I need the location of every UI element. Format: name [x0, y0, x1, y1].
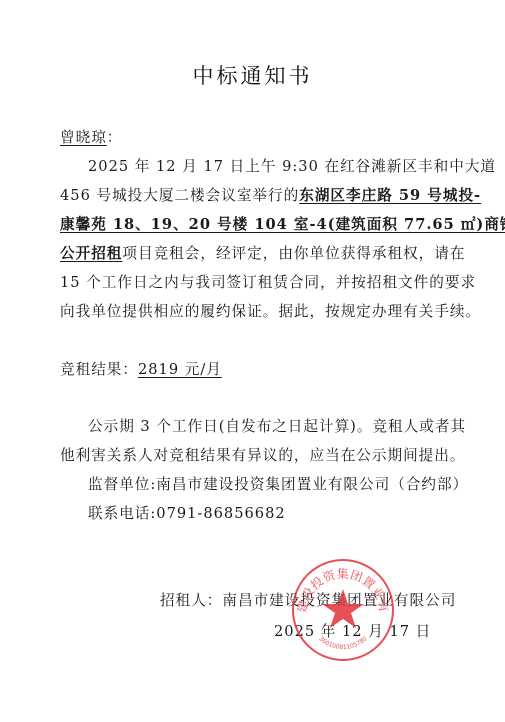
- result-label: 竞租结果：: [60, 361, 138, 378]
- phone-line: 联系电话:0791-86856682: [88, 502, 286, 523]
- body-line-2: 456 号城投大厦二楼会议室举行的东湖区李庄路 59 号城投-: [60, 184, 481, 205]
- company-seal: 南昌市建设投资集团置业有限公司 36010081105780: [290, 557, 396, 663]
- body-line-3: 康馨苑 18、19、20 号楼 104 室-4(建筑面积 77.65 ㎡)商铺: [60, 213, 505, 234]
- body-line-4: 公开招租项目竞租会，经评定，由你单位获得承租权，请在: [60, 242, 465, 263]
- body-line-6: 向我单位提供相应的履约保证。据此，按规定办理有关手续。: [60, 300, 481, 321]
- body-line-5: 15 个工作日之内与我司签订租赁合同，并按招租文件的要求: [60, 271, 476, 292]
- result-line: 竞租结果：2819 元/月: [60, 358, 222, 379]
- body-line-4-text: 项目竞租会，经评定，由你单位获得承租权，请在: [122, 245, 465, 262]
- svg-text:36010081105780: 36010081105780: [317, 635, 368, 651]
- seal-icon: 南昌市建设投资集团置业有限公司 36010081105780: [290, 557, 396, 663]
- property-name-part1: 东湖区李庄路 59 号城投-: [299, 187, 481, 204]
- recipient-colon: ：: [107, 129, 123, 146]
- document-title: 中标通知书: [0, 60, 505, 90]
- notice-line-1: 公示期 3 个工作日(自发布之日起计算)。竞租人或者其: [88, 415, 466, 436]
- recipient-line: 曾晓琼：: [60, 126, 122, 147]
- property-name-part2: 康馨苑 18、19、20 号楼 104 室-4(建筑面积 77.65 ㎡)商铺: [60, 216, 505, 233]
- recipient-name: 曾晓琼: [60, 129, 107, 146]
- supervisor-line: 监督单位:南昌市建设投资集团置业有限公司（合约部）: [88, 473, 468, 494]
- notice-line-2: 他利害关系人对竞租结果有异议的，应当在公示期间提出。: [60, 444, 465, 465]
- body-line-2-text: 456 号城投大厦二楼会议室举行的: [60, 187, 299, 204]
- property-name-part3: 公开招租: [60, 245, 122, 262]
- body-line-1: 2025 年 12 月 17 日上午 9:30 在红谷滩新区丰和中大道: [88, 155, 496, 176]
- document-page: 中标通知书 曾晓琼： 2025 年 12 月 17 日上午 9:30 在红谷滩新…: [0, 0, 505, 722]
- result-value: 2819 元/月: [138, 361, 222, 378]
